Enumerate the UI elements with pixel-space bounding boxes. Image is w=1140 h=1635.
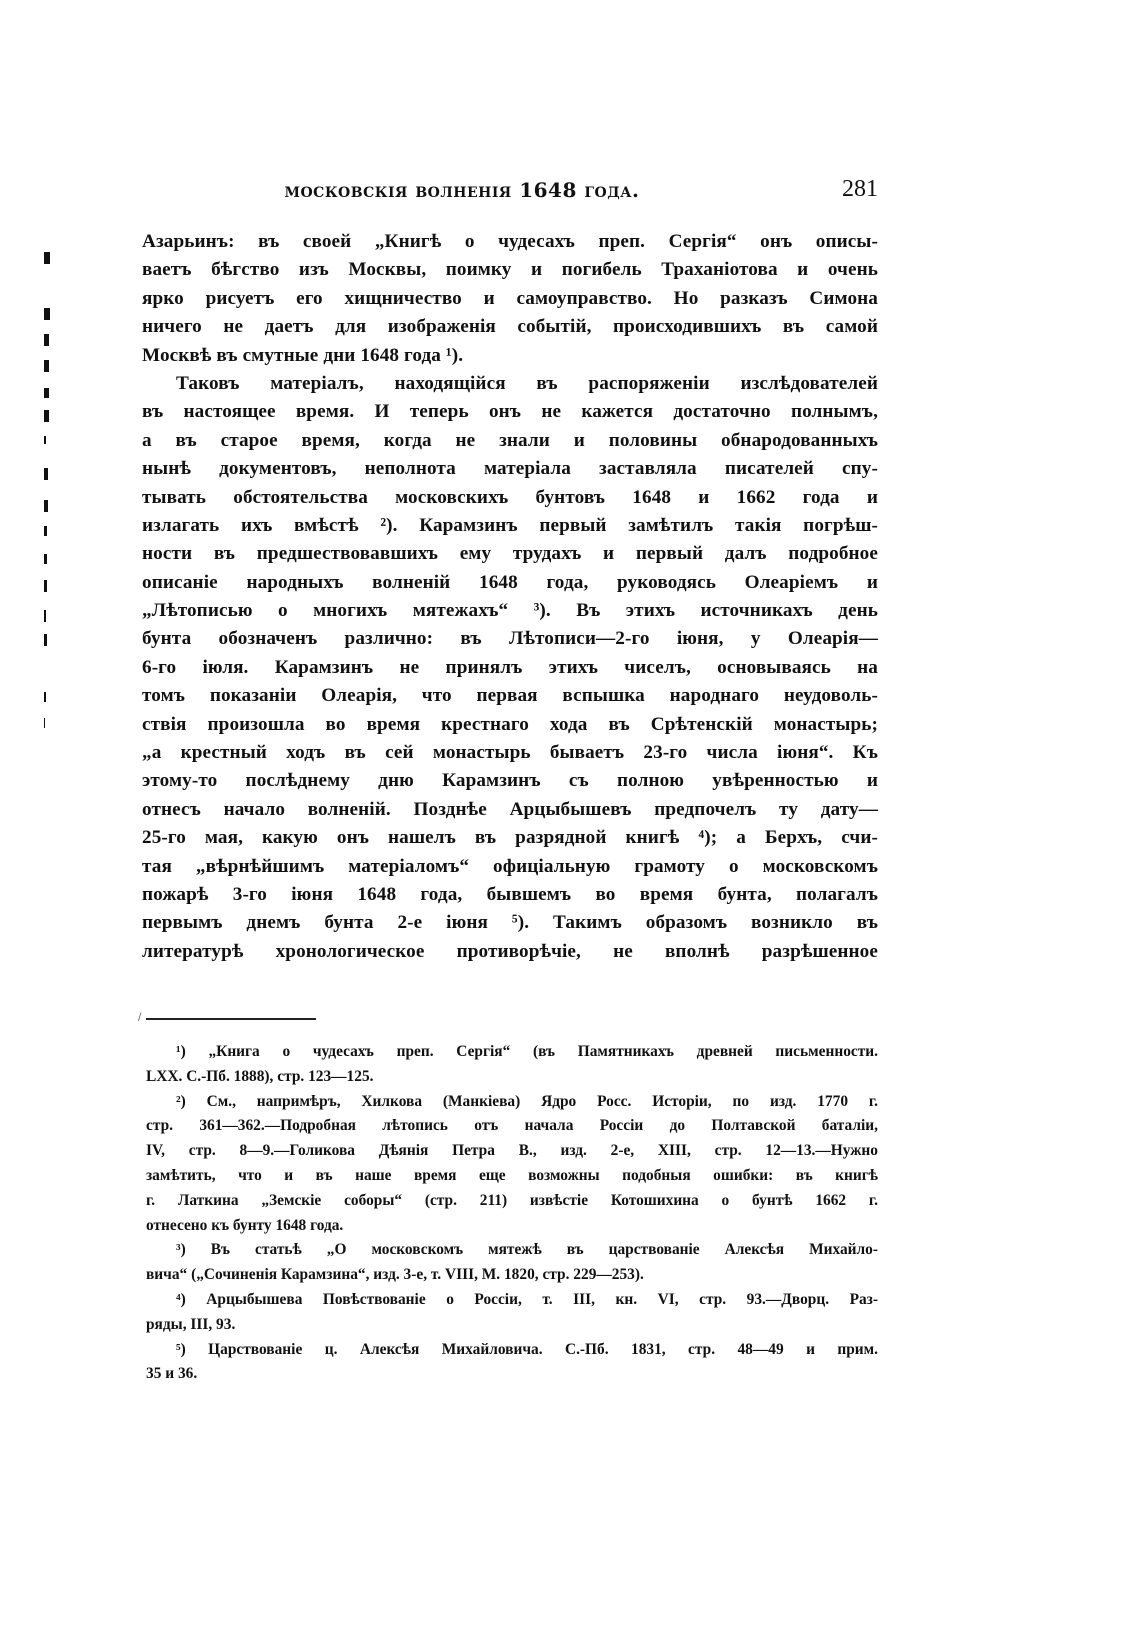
margin-mark [44,388,49,398]
margin-mark [44,468,48,480]
footnote-1: ¹) „Книга о чудесахъ преп. Сергія“ (въ П… [146,1040,878,1065]
text-line: ничего не даетъ для изображенія событій,… [142,313,878,341]
text-line: бунта обозначенъ различно: въ Лѣтописи—2… [142,625,878,653]
footnote-line: замѣтить, что и въ наше время еще возмож… [146,1164,878,1189]
margin-mark [44,308,50,320]
text-line: литературѣ хронологическое противорѣчіе,… [142,938,878,966]
margin-mark [44,334,49,346]
footnote-line: вича“ („Сочиненія Карамзина“, изд. 3-е, … [146,1263,878,1288]
paragraph-start-line: Таковъ матеріалъ, находящійся въ распоря… [142,370,878,398]
margin-mark [44,436,46,444]
text-line: Азарьинъ: въ своей „Книгѣ о чудесахъ пре… [142,228,878,256]
text-line: нынѣ документовъ, неполнота матеріала за… [142,455,878,483]
margin-scan-artifacts [44,230,74,750]
text-line: въ настоящее время. И теперь онъ не каже… [142,398,878,426]
footnote-line: отнесено къ бунту 1648 года. [146,1214,878,1239]
text-line: „Лѣтописью о многихъ мятежахъ“ ³). Въ эт… [142,597,878,625]
margin-mark [44,500,48,512]
footnote-line: г. Латкина „Земскіе соборы“ (стр. 211) и… [146,1189,878,1214]
margin-mark [44,526,47,536]
text-line: излагать ихъ вмѣстѣ ²). Карамзинъ первый… [142,512,878,540]
margin-mark [44,580,47,592]
main-text: Азарьинъ: въ своей „Книгѣ о чудесахъ пре… [142,228,878,966]
footnote-line: 35 и 36. [146,1362,878,1387]
footnotes: ¹) „Книга о чудесахъ преп. Сергія“ (въ П… [146,1040,878,1387]
margin-mark [44,410,49,422]
margin-mark [44,692,46,702]
footnote-separator [146,1018,316,1020]
footnote-5: ⁵) Царствованіе ц. Алексѣя Михайловича. … [146,1338,878,1363]
rule-tick: / [138,1012,141,1023]
text-line: 6-го іюля. Карамзинъ не принялъ этихъ чи… [142,654,878,682]
footnote-2: ²) См., напримѣръ, Хилкова (Манкіева) Яд… [146,1090,878,1115]
text-line: этому-то послѣднему дню Карамзинъ съ пол… [142,767,878,795]
margin-mark [44,252,50,264]
text-line: „а крестный ходъ въ сей монастырь бывает… [142,739,878,767]
running-title: московскія волненія 1648 года. [142,178,782,202]
text-line: ярко рисуетъ его хищничество и самоуправ… [142,285,878,313]
page-number: 281 [842,176,878,203]
text-line: отнесъ начало волненій. Позднѣе Арцыбыше… [142,796,878,824]
margin-mark [44,610,46,622]
text-line: Москвѣ въ смутные дни 1648 года ¹). [142,342,878,370]
footnote-3: ³) Въ статьѣ „О московскомъ мятежѣ въ ца… [146,1238,878,1263]
margin-mark [44,718,45,728]
margin-mark [44,554,47,564]
footnote-line: ряды, III, 93. [146,1313,878,1338]
footnote-4: ⁴) Арцыбышева Повѣствованіе о Россіи, т.… [146,1288,878,1313]
text-line: 25-го мая, какую онъ нашелъ въ разрядной… [142,824,878,852]
text-line: ствія произошла во время крестнаго хода … [142,711,878,739]
scanned-book-page: московскія волненія 1648 года. 281 Азарь… [0,0,1140,1635]
text-line: описаніе народныхъ волненій 1648 года, р… [142,569,878,597]
text-line: тывать обстоятельства московскихъ бунтов… [142,484,878,512]
running-header: московскія волненія 1648 года. 281 [142,178,878,212]
footnote-line: IV, стр. 8—9.—Голикова Дѣянія Петра В., … [146,1139,878,1164]
text-line: первымъ днемъ бунта 2-е іюня ⁵). Такимъ … [142,909,878,937]
text-line: ваетъ бѣгство изъ Москвы, поимку и погиб… [142,256,878,284]
margin-mark [44,634,47,646]
text-line: томъ показаніи Олеарія, что первая вспыш… [142,682,878,710]
text-line: а въ старое время, когда не знали и поло… [142,427,878,455]
text-line: ности въ предшествовавшихъ ему трудахъ и… [142,540,878,568]
margin-mark [44,360,49,372]
footnote-line: LXX. С.-Пб. 1888), стр. 123—125. [146,1065,878,1090]
footnote-line: стр. 361—362.—Подробная лѣтопись отъ нач… [146,1114,878,1139]
text-line: тая „вѣрнѣйшимъ матеріаломъ“ офиціальную… [142,853,878,881]
text-line: пожарѣ 3-го іюня 1648 года, бывшемъ во в… [142,881,878,909]
